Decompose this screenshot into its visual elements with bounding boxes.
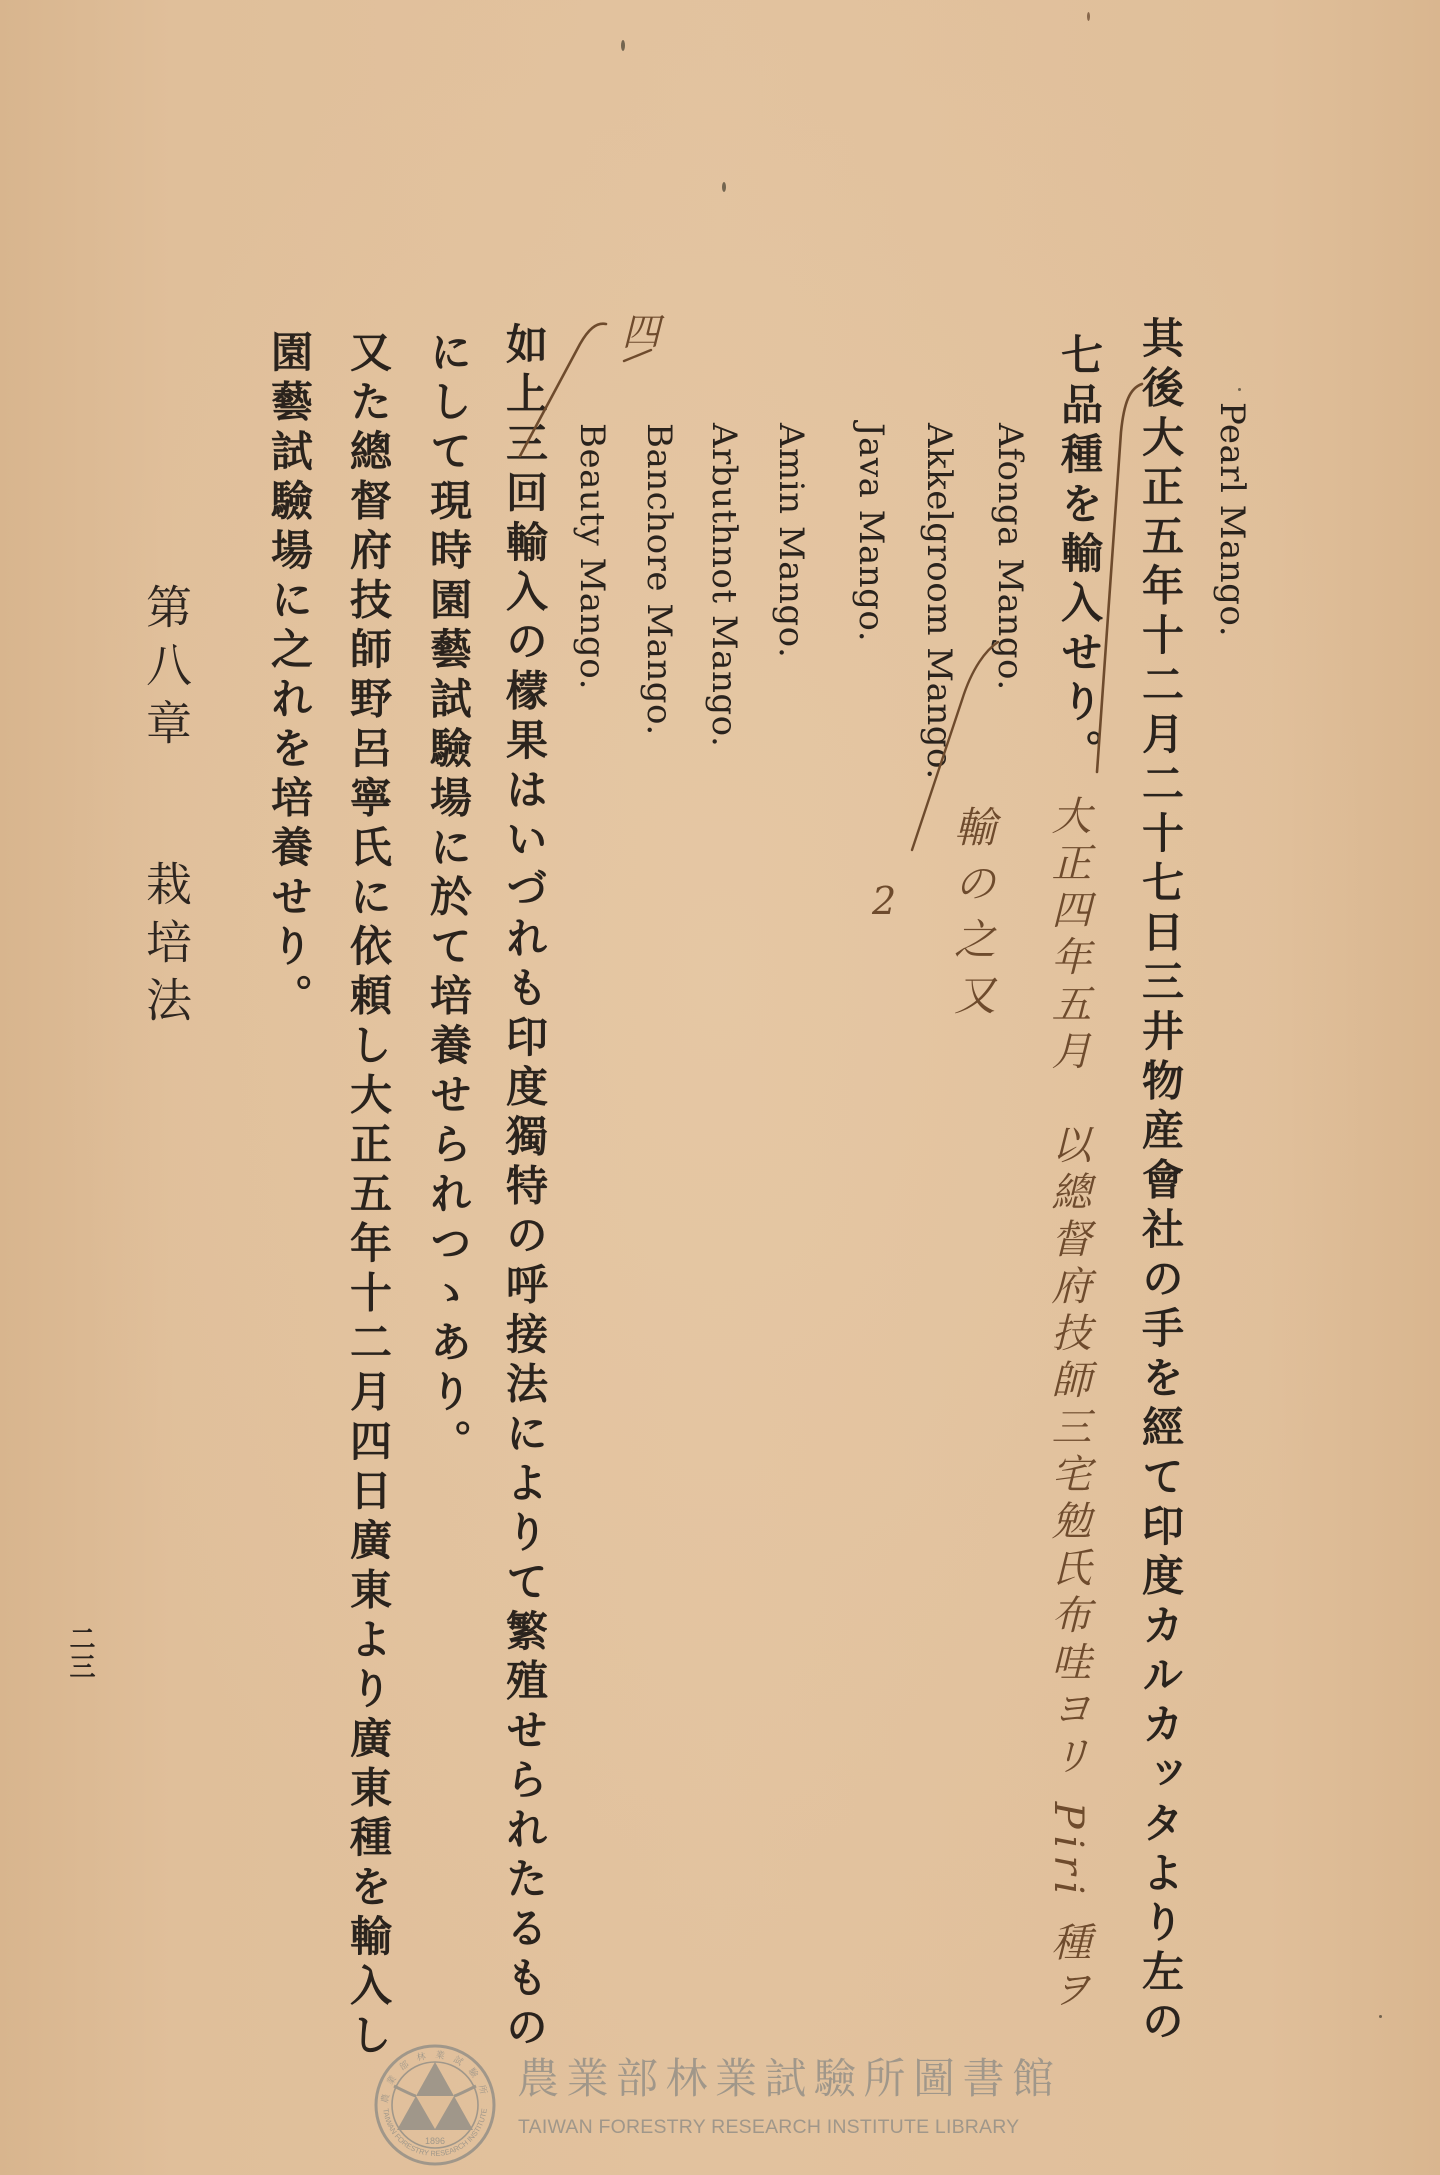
handwritten-note-beside-varieties: 輸の之又 <box>951 805 993 1029</box>
library-logo-icon: 農業部林業試驗所 TAIWAN FORESTRY RESEARCH INSTIT… <box>370 2040 500 2170</box>
page-number: 二三 <box>67 1625 93 1681</box>
paper-speck <box>1379 2015 1382 2018</box>
handwritten-section-mark: 四 <box>622 313 660 351</box>
variety-item: Amin Mango. <box>774 423 808 658</box>
variety-item: Afonga Mango. <box>993 423 1027 691</box>
logo-year: 1896 <box>425 2136 445 2146</box>
handwritten-numeral-mark: 2 <box>872 882 896 920</box>
chapter-title: 栽培法 <box>143 860 189 1034</box>
paragraph-2-line-2: にして現時園藝試驗場に於て培養せられつゝあり。 <box>427 330 469 1469</box>
handwritten-margin-note: 大正四年五月 以總督府技師三宅勉氏布哇ヨリ Piri 種ヲ <box>1048 795 1088 2015</box>
paragraph-1-line-2: 七品種を輸入せり。 <box>1058 333 1100 779</box>
watermark-library-name-en: TAIWAN FORESTRY RESEARCH INSTITUTE LIBRA… <box>518 2118 1019 2138</box>
paragraph-1-line-1: 其後大正五年十二月二十七日三井物産會社の手を經て印度カルカッタより左の <box>1139 316 1181 2049</box>
scanned-page-paper <box>0 0 1440 2175</box>
variety-heading-pearl-mango: Pearl Mango. <box>1215 402 1249 637</box>
variety-item: Akkelgroom Mango. <box>922 423 956 780</box>
paper-speck <box>1238 388 1241 391</box>
paragraph-3-line-2: 園藝試驗場に之れを培養せり。 <box>268 330 310 1023</box>
variety-item: Java Mango. <box>854 423 888 642</box>
paper-speck <box>722 182 726 192</box>
variety-item: Banchore Mango. <box>642 423 676 736</box>
watermark-library-name-zh: 農業部林業試驗所圖書館 <box>517 2058 1062 2100</box>
paragraph-3-line-1: 又た總督府技師野呂寧氏に依頼し大正五年十二月四日廣東より廣東種を輸入し <box>347 330 389 2063</box>
variety-item: Beauty Mango. <box>575 423 609 690</box>
variety-item: Arbuthnot Mango. <box>707 423 741 747</box>
paragraph-2-line-1: 如上三回輸入の檬果はいづれも印度獨特の呼接法によりて繁殖せられたるもの <box>503 322 545 2055</box>
paper-speck <box>1087 12 1090 21</box>
paper-speck <box>621 40 625 51</box>
chapter-number: 第八章 <box>143 583 189 757</box>
